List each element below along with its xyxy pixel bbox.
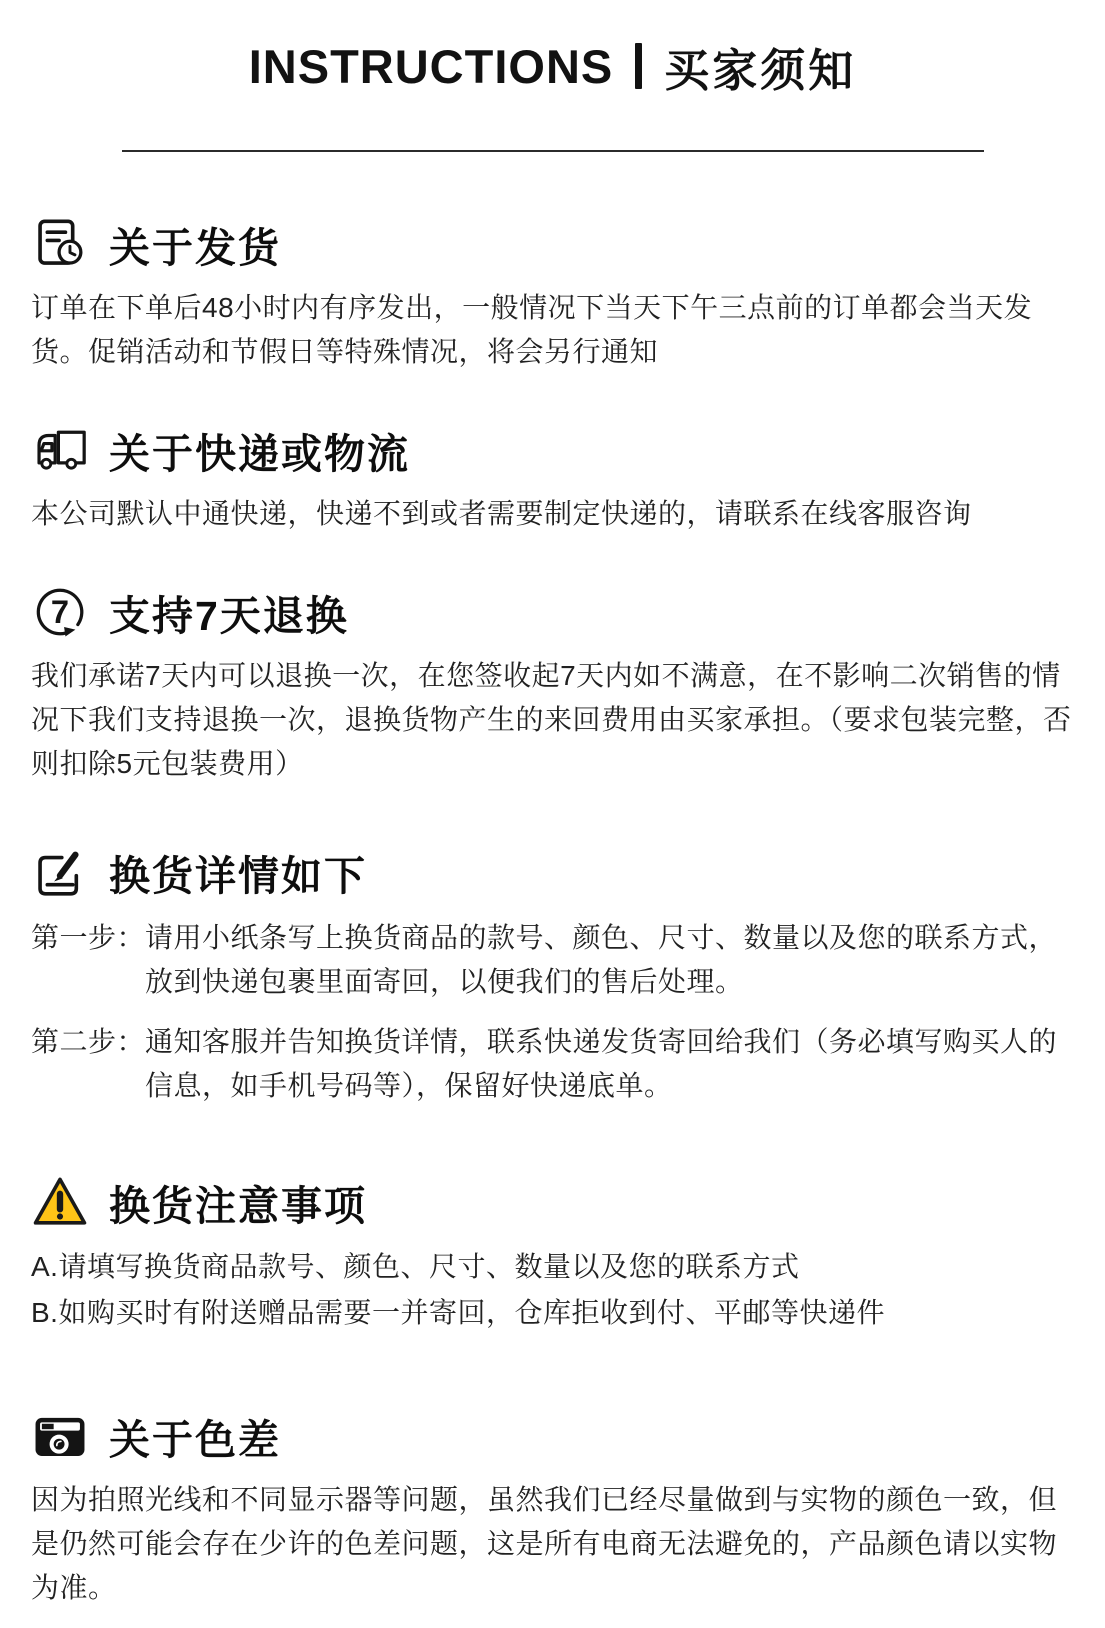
section-exchange-header: 换货详情如下 (31, 842, 1074, 902)
section-logistics: 关于快递或物流 本公司默认中通快递，快递不到或者需要制定快递的，请联系在线客服咨… (31, 420, 1074, 536)
section-heading: 换货详情如下 (109, 843, 367, 902)
section-color-difference: 关于色差 因为拍照光线和不同显示器等问题，虽然我们已经尽量做到与实物的颜色一致，… (31, 1406, 1074, 1610)
title-chinese: 买家须知 (664, 34, 856, 99)
section-color-header: 关于色差 (31, 1406, 1074, 1466)
section-body-text: 订单在下单后48小时内有序发出，一般情况下当天下午三点前的订单都会当天发货。促销… (31, 286, 1074, 374)
section-heading: 支持7天退换 (109, 583, 349, 642)
header-divider-line (122, 150, 984, 152)
exchange-step-2: 第二步： 通知客服并告知换货详情，联系快递发货寄回给我们（务必填写购买人的信息，… (31, 1020, 1074, 1108)
section-heading: 关于快递或物流 (109, 421, 410, 480)
section-exchange-notes: 换货注意事项 A.请填写换货商品款号、颜色、尺寸、数量以及您的联系方式 B.如购… (31, 1172, 1074, 1336)
section-logistics-header: 关于快递或物流 (31, 420, 1074, 480)
section-exchange-details: 换货详情如下 第一步： 请用小纸条写上换货商品的款号、颜色、尺寸、数量以及您的联… (31, 842, 1074, 1108)
buyer-notice-page: INSTRUCTIONS 买家须知 关于发货 订单在下单后48小时内有序发出，一… (31, 34, 1074, 1610)
section-body-text: 本公司默认中通快递，快递不到或者需要制定快递的，请联系在线客服咨询 (31, 492, 1074, 536)
section-body-text: 我们承诺7天内可以退换一次，在您签收起7天内如不满意，在不影响二次销售的情况下我… (31, 654, 1074, 786)
section-return-header: 7 支持7天退换 (31, 582, 1074, 642)
step-label: 第一步： (31, 916, 145, 960)
section-notes-header: 换货注意事项 (31, 1172, 1074, 1232)
section-heading: 关于色差 (109, 1407, 281, 1466)
edit-note-icon (31, 843, 89, 901)
section-heading: 关于发货 (109, 215, 281, 274)
section-seven-day-return: 7 支持7天退换 我们承诺7天内可以退换一次，在您签收起7天内如不满意，在不影响… (31, 582, 1074, 786)
section-heading: 换货注意事项 (109, 1173, 367, 1232)
title-separator-bar (635, 43, 642, 89)
section-shipping-header: 关于发货 (31, 214, 1074, 274)
svg-text:7: 7 (51, 593, 69, 630)
exchange-notes-list: A.请填写换货商品款号、颜色、尺寸、数量以及您的联系方式 B.如购买时有附送赠品… (31, 1244, 1074, 1336)
page-title: INSTRUCTIONS 买家须知 (31, 34, 1074, 98)
camera-icon (31, 1407, 89, 1465)
section-body-text: 因为拍照光线和不同显示器等问题，虽然我们已经尽量做到与实物的颜色一致，但是仍然可… (31, 1478, 1074, 1610)
step-label: 第二步： (31, 1020, 145, 1064)
delivery-truck-icon (31, 421, 89, 479)
seven-day-cycle-icon: 7 (31, 583, 89, 641)
step-text: 通知客服并告知换货详情，联系快递发货寄回给我们（务必填写购买人的信息，如手机号码… (145, 1020, 1074, 1108)
note-item-a: A.请填写换货商品款号、颜色、尺寸、数量以及您的联系方式 (31, 1244, 1074, 1290)
step-text: 请用小纸条写上换货商品的款号、颜色、尺寸、数量以及您的联系方式，放到快递包裹里面… (145, 916, 1074, 1004)
order-note-clock-icon (31, 215, 89, 273)
exchange-steps: 第一步： 请用小纸条写上换货商品的款号、颜色、尺寸、数量以及您的联系方式，放到快… (31, 916, 1074, 1108)
warning-triangle-icon (31, 1173, 89, 1231)
section-shipping: 关于发货 订单在下单后48小时内有序发出，一般情况下当天下午三点前的订单都会当天… (31, 214, 1074, 374)
title-english: INSTRUCTIONS (249, 39, 614, 94)
exchange-step-1: 第一步： 请用小纸条写上换货商品的款号、颜色、尺寸、数量以及您的联系方式，放到快… (31, 916, 1074, 1004)
note-item-b: B.如购买时有附送赠品需要一并寄回，仓库拒收到付、平邮等快递件 (31, 1290, 1074, 1336)
